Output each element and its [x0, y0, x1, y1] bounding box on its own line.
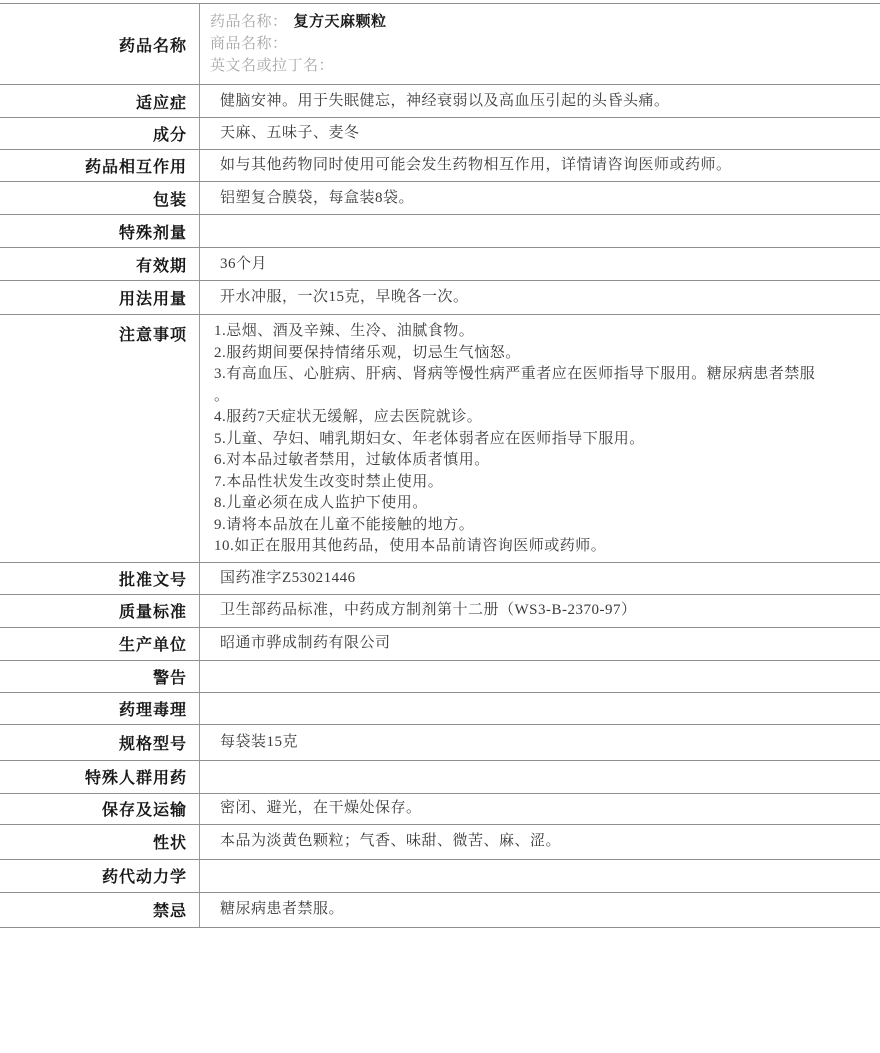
row-label: 药品相互作用	[0, 150, 200, 181]
row-label: 成分	[0, 118, 200, 149]
row-value: 开水冲服，一次15克，早晚各一次。	[200, 281, 880, 314]
precaution-line: 5.儿童、孕妇、哺乳期妇女、年老体弱者应在医师指导下服用。	[214, 429, 856, 451]
row-value	[200, 693, 880, 724]
precaution-line: 7.本品性状发生改变时禁止使用。	[214, 472, 856, 494]
english-name-field-label: 英文名或拉丁名：	[210, 58, 334, 74]
row-label: 注意事项	[0, 315, 200, 562]
row-quality-standard: 质量标准 卫生部药品标准，中药成方制剂第十二册（WS3-B-2370-97）	[0, 595, 880, 628]
row-ingredients: 成分 天麻、五味子、麦冬	[0, 118, 880, 150]
row-usage-dosage: 用法用量 开水冲服，一次15克，早晚各一次。	[0, 281, 880, 315]
row-value: 如与其他药物同时使用可能会发生药物相互作用，详情请咨询医师或药师。	[200, 150, 880, 181]
precaution-line: 。	[214, 386, 856, 408]
precaution-line: 9.请将本品放在儿童不能接触的地方。	[214, 515, 856, 537]
row-value: 每袋装15克	[200, 725, 880, 760]
precaution-line: 1.忌烟、酒及辛辣、生冷、油腻食物。	[214, 321, 856, 343]
row-label: 药理毒理	[0, 693, 200, 724]
row-precautions: 注意事项 1.忌烟、酒及辛辣、生冷、油腻食物。 2.服药期间要保持情绪乐观，切忌…	[0, 315, 880, 563]
row-label: 特殊人群用药	[0, 761, 200, 793]
row-value	[200, 661, 880, 692]
row-drug-interactions: 药品相互作用 如与其他药物同时使用可能会发生药物相互作用，详情请咨询医师或药师。	[0, 150, 880, 182]
row-warning: 警告	[0, 661, 880, 693]
precaution-line: 2.服药期间要保持情绪乐观，切忌生气恼怒。	[214, 343, 856, 365]
row-value: 36个月	[200, 248, 880, 280]
row-special-dosage: 特殊剂量	[0, 215, 880, 248]
row-value: 本品为淡黄色颗粒；气香、味甜、微苦、麻、涩。	[200, 825, 880, 859]
row-label: 药代动力学	[0, 860, 200, 892]
row-label: 有效期	[0, 248, 200, 280]
row-label: 特殊剂量	[0, 215, 200, 247]
row-properties: 性状 本品为淡黄色颗粒；气香、味甜、微苦、麻、涩。	[0, 825, 880, 860]
row-value: 国药准字Z53021446	[200, 563, 880, 594]
row-value: 糖尿病患者禁服。	[200, 893, 880, 927]
row-label: 规格型号	[0, 725, 200, 760]
row-value: 1.忌烟、酒及辛辣、生冷、油腻食物。 2.服药期间要保持情绪乐观，切忌生气恼怒。…	[200, 315, 880, 562]
row-contraindications: 禁忌 糖尿病患者禁服。	[0, 893, 880, 928]
row-pharmacology-toxicology: 药理毒理	[0, 693, 880, 725]
row-label: 生产单位	[0, 628, 200, 660]
row-specification: 规格型号 每袋装15克	[0, 725, 880, 761]
precaution-line: 3.有高血压、心脏病、肝病、肾病等慢性病严重者应在医师指导下服用。糖尿病患者禁服	[214, 364, 856, 386]
row-storage-transport: 保存及运输 密闭、避光，在干燥处保存。	[0, 794, 880, 825]
row-label: 包装	[0, 182, 200, 214]
precaution-line: 6.对本品过敏者禁用，过敏体质者慎用。	[214, 450, 856, 472]
row-label: 禁忌	[0, 893, 200, 927]
drug-name-field-label: 药品名称：	[210, 14, 288, 30]
row-label: 药品名称	[0, 4, 200, 84]
row-label: 质量标准	[0, 595, 200, 627]
row-value	[200, 761, 880, 793]
row-drug-name: 药品名称 药品名称：复方天麻颗粒 商品名称： 英文名或拉丁名：	[0, 4, 880, 85]
row-label: 批准文号	[0, 563, 200, 594]
row-value	[200, 860, 880, 892]
trade-name-line: 商品名称：	[210, 33, 856, 55]
precaution-line: 8.儿童必须在成人监护下使用。	[214, 493, 856, 515]
row-value: 卫生部药品标准，中药成方制剂第十二册（WS3-B-2370-97）	[200, 595, 880, 627]
row-approval-number: 批准文号 国药准字Z53021446	[0, 563, 880, 595]
row-value: 健脑安神。用于失眠健忘，神经衰弱以及高血压引起的头昏头痛。	[200, 85, 880, 117]
row-label: 性状	[0, 825, 200, 859]
english-name-line: 英文名或拉丁名：	[210, 55, 856, 77]
drug-info-page: 药品名称 药品名称：复方天麻颗粒 商品名称： 英文名或拉丁名： 适应症 健脑安神…	[0, 3, 880, 1053]
drug-name-field-value: 复方天麻颗粒	[294, 14, 387, 30]
row-packaging: 包装 铝塑复合膜袋，每盒装8袋。	[0, 182, 880, 215]
row-value: 密闭、避光，在干燥处保存。	[200, 794, 880, 824]
row-value	[200, 215, 880, 247]
row-label: 保存及运输	[0, 794, 200, 824]
row-special-populations: 特殊人群用药	[0, 761, 880, 794]
row-pharmacokinetics: 药代动力学	[0, 860, 880, 893]
row-label: 警告	[0, 661, 200, 692]
precaution-line: 10.如正在服用其他药品，使用本品前请咨询医师或药师。	[214, 536, 856, 558]
row-indications: 适应症 健脑安神。用于失眠健忘，神经衰弱以及高血压引起的头昏头痛。	[0, 85, 880, 118]
row-value: 天麻、五味子、麦冬	[200, 118, 880, 149]
drug-name-line: 药品名称：复方天麻颗粒	[210, 11, 856, 33]
row-value: 药品名称：复方天麻颗粒 商品名称： 英文名或拉丁名：	[200, 4, 880, 84]
row-manufacturer: 生产单位 昭通市骅成制药有限公司	[0, 628, 880, 661]
row-label: 适应症	[0, 85, 200, 117]
precaution-line: 4.服药7天症状无缓解，应去医院就诊。	[214, 407, 856, 429]
row-shelf-life: 有效期 36个月	[0, 248, 880, 281]
row-label: 用法用量	[0, 281, 200, 314]
drug-info-table: 药品名称 药品名称：复方天麻颗粒 商品名称： 英文名或拉丁名： 适应症 健脑安神…	[0, 3, 880, 928]
row-value: 铝塑复合膜袋，每盒装8袋。	[200, 182, 880, 214]
trade-name-field-label: 商品名称：	[210, 36, 288, 52]
row-value: 昭通市骅成制药有限公司	[200, 628, 880, 660]
